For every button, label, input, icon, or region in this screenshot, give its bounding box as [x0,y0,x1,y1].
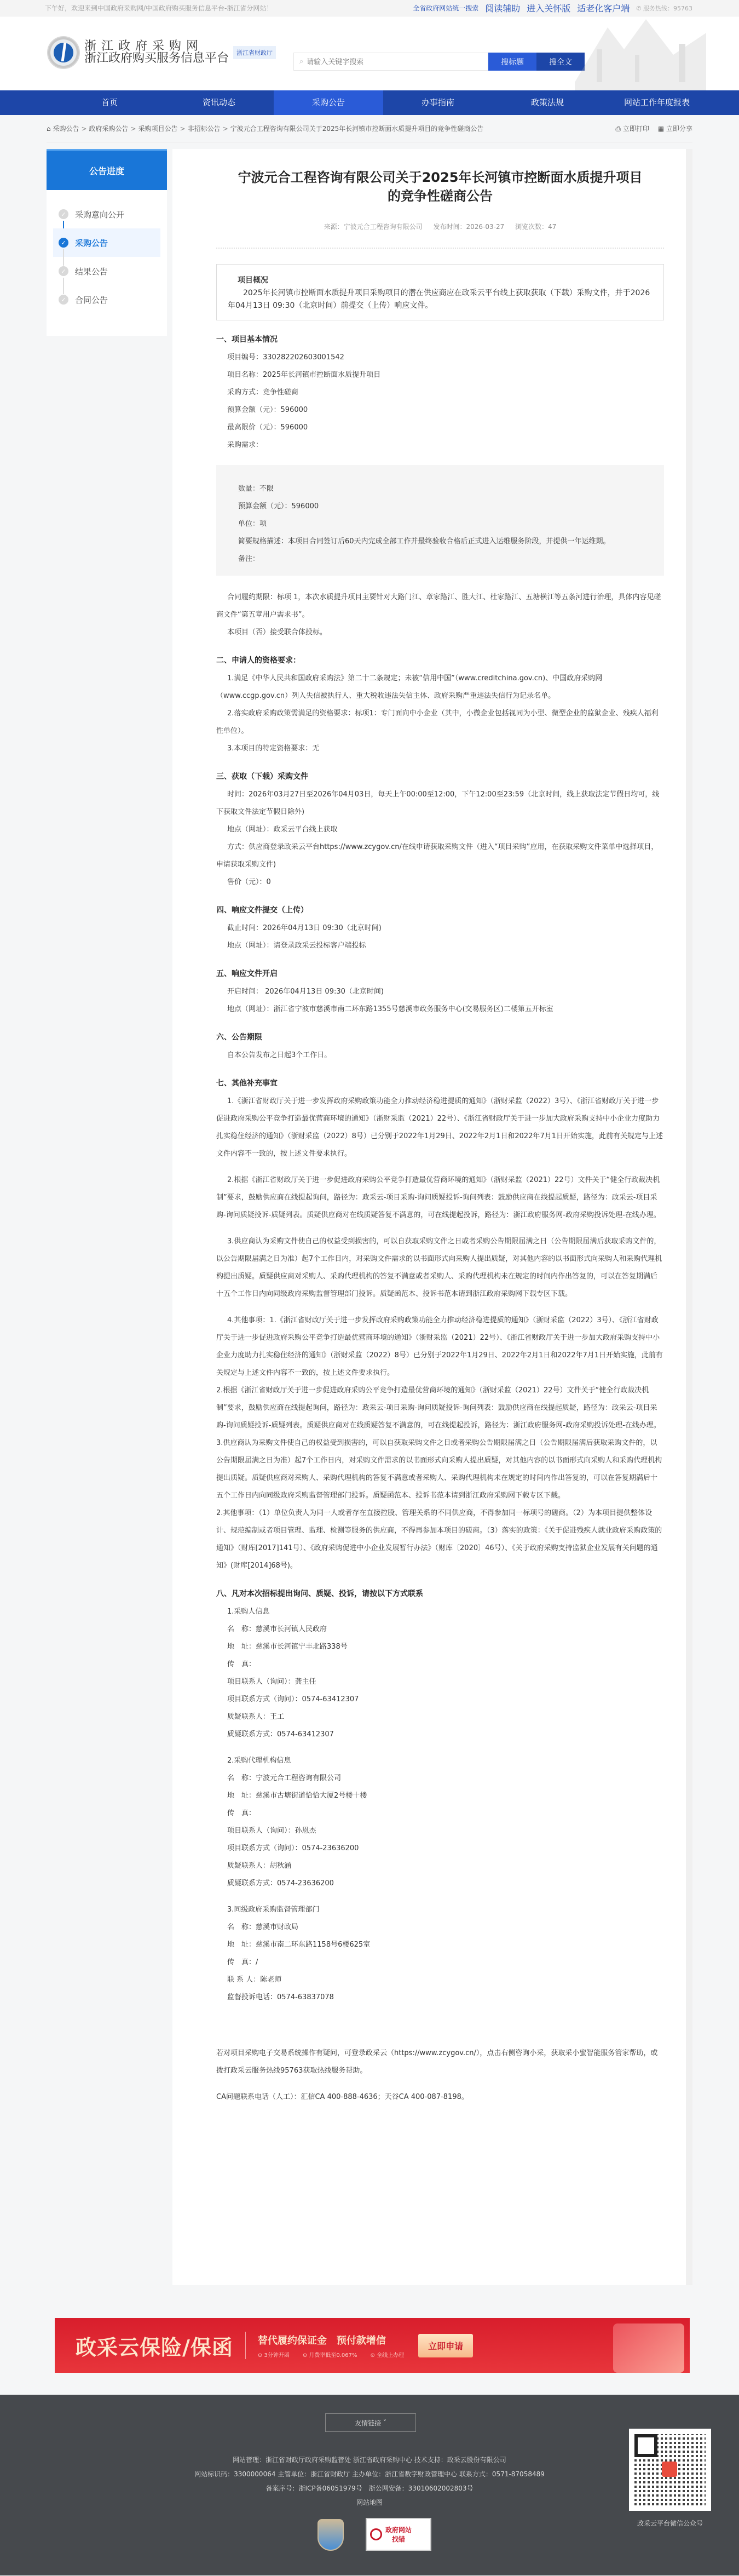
main-nav: 首页 资讯动态 采购公告 办事指南 政策法规 网站工作年度报表 [0,90,739,115]
care-mode-link[interactable]: 进入关怀版 [527,2,570,14]
banner-point: ⊙ 全线上办理 [371,2350,405,2359]
requirement-box: 数量：不限 预算金额（元）：596000 单位：项 简要规格描述：本项目合同签订… [216,465,664,576]
nav-home[interactable]: 首页 [55,90,164,115]
section-get-documents: 三、获取（下载）采购文件 时间：2026年03月27日至2026年04月03日，… [216,771,664,891]
footer-management: 网站管理：浙江省财政厅政府采购监管处 浙江省政府采购中心 技术支持：政采云股份有… [0,2455,739,2464]
divider [216,248,664,249]
section-basic-info: 一、项目基本情况 项目编号：330282202603001542 项目名称：20… [216,334,664,641]
section-notice-period: 六、公告期限 自本公告发布之日起3个工作日。 [216,1031,664,1064]
banner-point: ⊙ 3分钟开函 [258,2350,290,2359]
emblem-icon [47,36,80,69]
page-title: 宁波元合工程咨询有限公司关于2025年长河镇市控断面水质提升项目的竞争性磋商公告 [216,168,664,205]
purchaser-info: 1.采购人信息 名 称：慈溪市长河镇人民政府 地 址：慈溪市长河镇宁丰北路338… [216,1603,664,1743]
article: 宁波元合工程咨询有限公司关于2025年长河镇市控断面水质提升项目的竞争性磋商公告… [172,149,692,2285]
search-bar: ⌕ 搜标题 搜全文 [293,53,585,71]
institution-badge-icon[interactable] [317,2519,344,2551]
check-icon: ✓ [59,295,68,305]
qrcode-caption: 政采云平台微信公众号 [629,2518,711,2528]
hotline: ✆ 服务热线：95763 [636,4,692,13]
qrcode-icon [634,2434,706,2505]
check-icon: ✓ [59,266,68,276]
apply-now-button[interactable]: 立即申请 [418,2334,473,2357]
banner-point: ⊙ 月费率低至0.067% [303,2350,357,2359]
gov-site-find-error-badge[interactable]: 政府网站找错 [366,2518,431,2551]
progress-sidebar: 公告进度 ✓采购意向公开 ✓采购公告 ✓结果公告 ✓合同公告 [47,149,167,336]
footer-site-id: 网站标识码：3300000064 主管单位：浙江省财政厅 主办单位：浙江省数字财… [0,2469,739,2479]
breadcrumb-item[interactable]: 采购项目公告 [138,124,178,133]
nav-news[interactable]: 资讯动态 [164,90,274,115]
breadcrumb-item[interactable]: 非招标公告 [188,124,221,133]
nav-policy[interactable]: 政策法规 [493,90,602,115]
banner-subtitle: 替代履约保证金 预付款增信 [258,2333,404,2347]
publish-time: 发布时间：2026-03-27 [433,223,504,231]
step-contract-notice[interactable]: ✓合同公告 [53,285,160,314]
reading-aid-link[interactable]: 阅读辅助 [485,2,520,14]
step-intention[interactable]: ✓采购意向公开 [53,200,160,228]
check-icon: ✓ [59,209,68,219]
logo-title: 浙江政府采购网 [84,41,229,53]
breadcrumb-item[interactable]: 采购公告 [53,124,79,133]
agency-info: 2.采购代理机构信息 名 称：宁波元合工程咨询有限公司 地 址：慈溪市古塘街道恰… [216,1752,664,1892]
qrcode-icon: ▦ [658,125,666,133]
share-button[interactable]: ▦ 立即分享 [658,124,692,133]
banner-illustration-icon [613,2323,684,2373]
step-result-notice[interactable]: ✓结果公告 [53,257,160,285]
insurance-ad-banner[interactable]: 政采云保险/保函 替代履约保证金 预付款增信 ⊙ 3分钟开函 ⊙ 月费率低至0.… [55,2318,690,2373]
project-summary: 项目概况 2025年长河镇市控断面水质提升项目采购项目的潜在供应商应在政采云平台… [216,264,664,320]
nav-guide[interactable]: 办事指南 [383,90,493,115]
home-icon[interactable]: ⌂ [47,125,53,133]
mountain-decoration-icon [575,16,706,90]
welcome-text: 下午好，欢迎来到中国政府采购网/中国政府购买服务信息平台-浙江省分网站！ [45,3,273,13]
search-icon: ⌕ [299,58,303,66]
wechat-qrcode [629,2429,711,2511]
section-qualifications: 二、申请人的资格要求： 1.满足《中华人民共和国政府采购法》第二十二条规定；未被… [216,655,664,758]
breadcrumb-item[interactable]: 政府采购公告 [89,124,129,133]
search-input[interactable] [307,58,471,66]
friend-links-dropdown[interactable]: 友情链接 ˅ [325,2413,416,2432]
footer-icp[interactable]: 备案序号：浙ICP备06051979号 浙公网安备：33010602002803… [0,2483,739,2493]
search-title-button[interactable]: 搜标题 [488,53,536,71]
chevron-down-icon: ˅ [381,2419,386,2426]
supervisor-info: 3.同级政府采购监督管理部门 名 称：慈溪市财政局 地 址：慈溪市南二环东路11… [216,1901,664,2006]
province-search-link[interactable]: 全省政府网站统一搜索 [413,3,478,13]
nav-annual-report[interactable]: 网站工作年度报表 [602,90,712,115]
printer-icon: ⎙ [615,125,622,133]
section-supplementary: 七、其他补充事宜 1.《浙江省财政厅关于进一步发挥政府采购政策功能全力推动经济稳… [216,1077,664,1575]
section-submission: 四、响应文件提交（上传） 截止时间：2026年04月13日 09:30（北京时间… [216,904,664,955]
breadcrumb-current: 宁波元合工程咨询有限公司关于2025年长河镇市控断面水质提升项目的竞争性磋商公告 [230,124,484,133]
logo-subtitle: 浙江政府购买服务信息平台 [84,53,229,65]
section-opening: 五、响应文件开启 开启时间： 2026年04月13日 09:30（北京时间) 地… [216,968,664,1018]
sitemap-link[interactable]: 网站地图 [0,2498,739,2507]
banner-headline: 政采云保险/保函 [76,2331,233,2361]
elderly-client-link[interactable]: 适老化客户端 [577,2,630,14]
sidebar-title: 公告进度 [47,149,167,190]
finance-dept-badge: 浙江省财政厅 [233,46,276,59]
check-icon: ✓ [59,238,68,248]
system-help: 若对项目采购电子交易系统操作有疑问，可登录政采云（https://www.zcy… [216,2045,664,2106]
magnifier-icon [370,2528,382,2540]
source: 来源：宁波元合工程咨询有限公司 [324,223,423,231]
site-header: 浙江政府采购网 浙江政府购买服务信息平台 浙江省财政厅 ⌕ 搜标题 搜全文 [0,16,739,90]
print-button[interactable]: ⎙ 立即打印 [615,124,649,133]
section-contacts: 八、凡对本次招标提出询问、质疑、投诉，请按以下方式联系 1.采购人信息 名 称：… [216,1588,664,2006]
site-logo[interactable]: 浙江政府采购网 浙江政府购买服务信息平台 浙江省财政厅 [47,36,276,69]
site-footer: 友情链接 ˅ 网站管理：浙江省财政厅政府采购监管处 浙江省政府采购中心 技术支持… [0,2395,739,2575]
breadcrumb: ⌂ 采购公告> 政府采购公告> 采购项目公告> 非招标公告> 宁波元合工程咨询有… [47,115,692,142]
view-count: 浏览次数：47 [515,223,556,231]
phone-icon: ✆ [636,5,643,12]
step-procurement-notice[interactable]: ✓采购公告 [53,228,160,257]
nav-procurement-notices[interactable]: 采购公告 [274,90,383,115]
top-bar: 下午好，欢迎来到中国政府采购网/中国政府购买服务信息平台-浙江省分网站！ 全省政… [0,0,739,16]
article-meta: 来源：宁波元合工程咨询有限公司 发布时间：2026-03-27 浏览次数：47 [216,222,664,231]
